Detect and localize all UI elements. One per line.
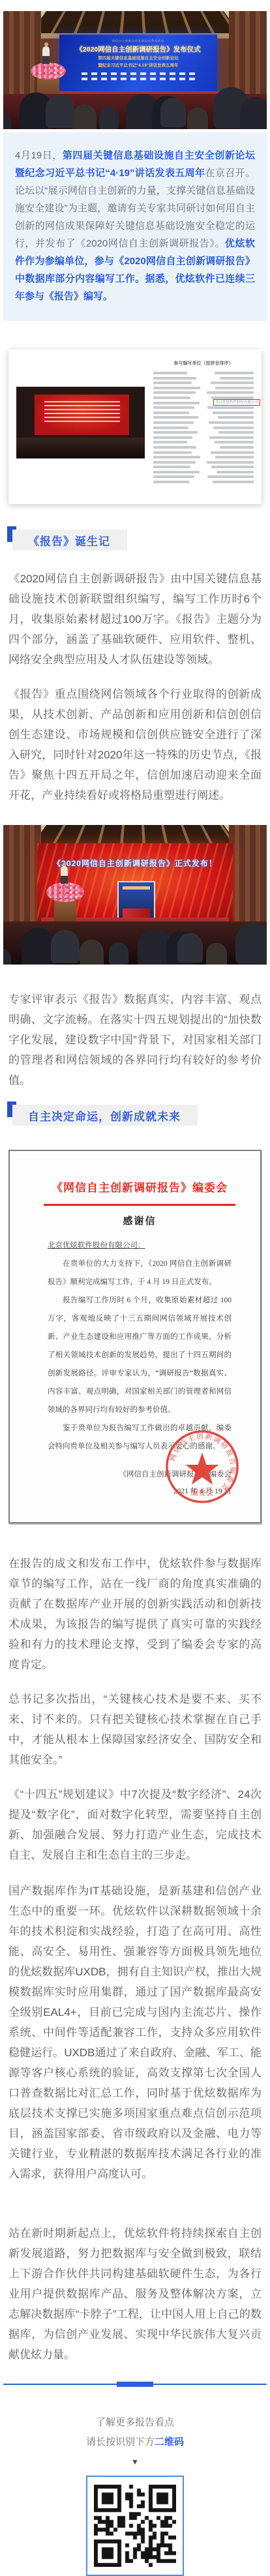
speaker-figure	[42, 46, 50, 64]
article: 网信自主创新合作发展论坛系列活动 《2020网信自主创新调研报告》发布仪式 第四…	[0, 0, 270, 2576]
contributors-card-image[interactable]: 参与编写单位（按拼音排序） 北京优炫软件股份有限公司	[8, 350, 262, 504]
section-divider	[3, 2382, 267, 2387]
thank-you-letter[interactable]: 《网信自主创新调研报告》编委会 感谢信 北京优炫软件股份有限公司： 在贵单位的大…	[8, 1150, 262, 1523]
letter-date: 2021 年 4 月 19 日	[48, 1483, 232, 1500]
podium-flowers	[31, 63, 66, 80]
hero-conference-photo[interactable]: 网信自主创新合作发展论坛系列活动 《2020网信自主创新调研报告》发布仪式 第四…	[3, 11, 267, 129]
red-stage-mini-photo	[16, 387, 145, 458]
section-title-plate: 自主决定命运，创新成就未来	[12, 1105, 198, 1126]
section-header-independence: 自主决定命运，创新成就未来	[7, 1101, 270, 1128]
divider-center-block	[117, 2382, 153, 2387]
letter-addressee: 北京优炫软件股份有限公司：	[48, 1236, 232, 1255]
body-paragraph: 国产数据库作为IT基础设施，是新基建和信创产业生态中的重要一环。优炫软件以深耕数…	[8, 1881, 262, 2184]
section-title: 《报告》诞生记	[28, 532, 110, 548]
letter-title: 感谢信	[48, 1214, 232, 1227]
contributor-list-panel: 参与编写单位（按拼音排序）	[153, 360, 254, 486]
letter-paragraph: 报告编写工作历时 6 个月，收集原始素材超过 100 万字，客观地反映了十三五期…	[48, 1291, 232, 1419]
screen-title: 《2020网信自主创新调研报告》发布仪式	[59, 46, 217, 54]
intro-highlight-box: 4月19日，第四届关键信息基础设施自主安全创新论坛暨纪念习近平总书记“4·19”…	[3, 132, 267, 321]
release-ceremony-photo[interactable]: 《2020网信自主创新调研报告》正式发布！	[3, 825, 267, 965]
letter-committee-title: 《网信自主创新调研报告》编委会	[48, 1181, 232, 1195]
body-paragraph: 《2020网信自主创新调研报告》由中国关键信息基础设施技术创新联盟组织编写，编写…	[8, 569, 262, 670]
qr-code-link-text[interactable]: 二维码	[155, 2436, 184, 2448]
section-header-report-birth: 《报告》诞生记	[7, 526, 270, 553]
contributor-list-heading: 参与编写单位（按拼音排序）	[153, 360, 254, 367]
footer-line-2: 请长按识别下方二维码	[8, 2433, 262, 2452]
highlighted-company: 北京优炫软件股份有限公司	[213, 399, 260, 406]
body-paragraph: 站在新时期新起点上，优炫软件将持续探索自主创新发展道路，努力把数据库与安全做到极…	[8, 2223, 262, 2365]
footer-line-2-text: 请长按识别下方	[86, 2436, 155, 2448]
body-paragraph: 在报告的成文和发布工作中，优炫软件参与数据库章节的编写工作，站在一线厂商的角度真…	[8, 1553, 262, 1675]
body-paragraph: 专家评审表示《报告》数据真实、内容丰富、观点明确、文字流畅。在落实十四五规划提出…	[8, 989, 262, 1090]
footer-line-1: 了解更多报告看点	[8, 2413, 262, 2433]
body-paragraph: 《报告》重点围绕网信领域各个行业取得的创新成果，从技术创新、产品创新和应用创新和…	[8, 684, 262, 805]
letter-signature-block: 《网信自主创新调研报告》编委会 2021 年 4 月 19 日 网信自主创新调研…	[48, 1466, 232, 1500]
letter-paragraph: 在贵单位的大力支持下，《2020 网信自主创新调研报告》顺利完成编写工作，于 4…	[48, 1255, 232, 1291]
qr-canvas	[94, 2485, 176, 2567]
mini-audience	[16, 438, 145, 458]
speaker-figure	[61, 866, 68, 884]
letter-red-rule	[44, 1204, 235, 1206]
mini-text-lines	[44, 401, 120, 423]
mini-led-screen	[35, 395, 129, 435]
down-triangle-icon: ▼	[0, 2457, 270, 2466]
audience-silhouettes	[3, 94, 267, 129]
podium-flowers	[46, 882, 84, 902]
qr-code[interactable]	[86, 2476, 184, 2576]
body-paragraph: 总书记多次指出，“关键核心技术是要不来、买不来、讨不来的。只有把关键核心技术掌握…	[8, 1689, 262, 1770]
led-screen: 网信自主创新合作发展论坛系列活动 《2020网信自主创新调研报告》发布仪式 第四…	[59, 35, 217, 93]
contributor-list	[153, 372, 254, 483]
audience-silhouettes	[3, 921, 267, 965]
body-paragraph: 《“十四五”规划建议》中7次提及“数字经济”、24次提及“数字化”，面对数字化转…	[8, 1784, 262, 1865]
section-title: 自主决定命运，创新成就未来	[28, 1107, 181, 1124]
letter-paragraph: 鉴于贵单位为报告编写工作做出的卓越贡献，编委会特向贵单位及相关参与编写人员表示衷…	[48, 1419, 232, 1456]
skylight	[31, 11, 239, 33]
section-title-plate: 《报告》诞生记	[12, 530, 127, 550]
sponsor-logos-row	[82, 78, 195, 80]
intro-text: 4月19日，	[15, 150, 63, 161]
screen-tagline: 网信自主创新合作发展论坛系列活动	[59, 39, 217, 42]
sponsor-logos-row	[82, 72, 195, 75]
screen-subtitle-1: 第四届关键信息基础设施自主安全创新论坛	[59, 55, 217, 61]
letter-signature: 《网信自主创新调研报告》编委会	[48, 1466, 232, 1483]
screen-subtitle-2: 暨纪念习近平总书记“4.19”讲话发表五周年	[59, 63, 217, 68]
intro-text-mid: 在京召开。论坛以“展示网信自主创新的力量，支撑关键信息基础设施安全建设”为主题，…	[15, 168, 255, 249]
